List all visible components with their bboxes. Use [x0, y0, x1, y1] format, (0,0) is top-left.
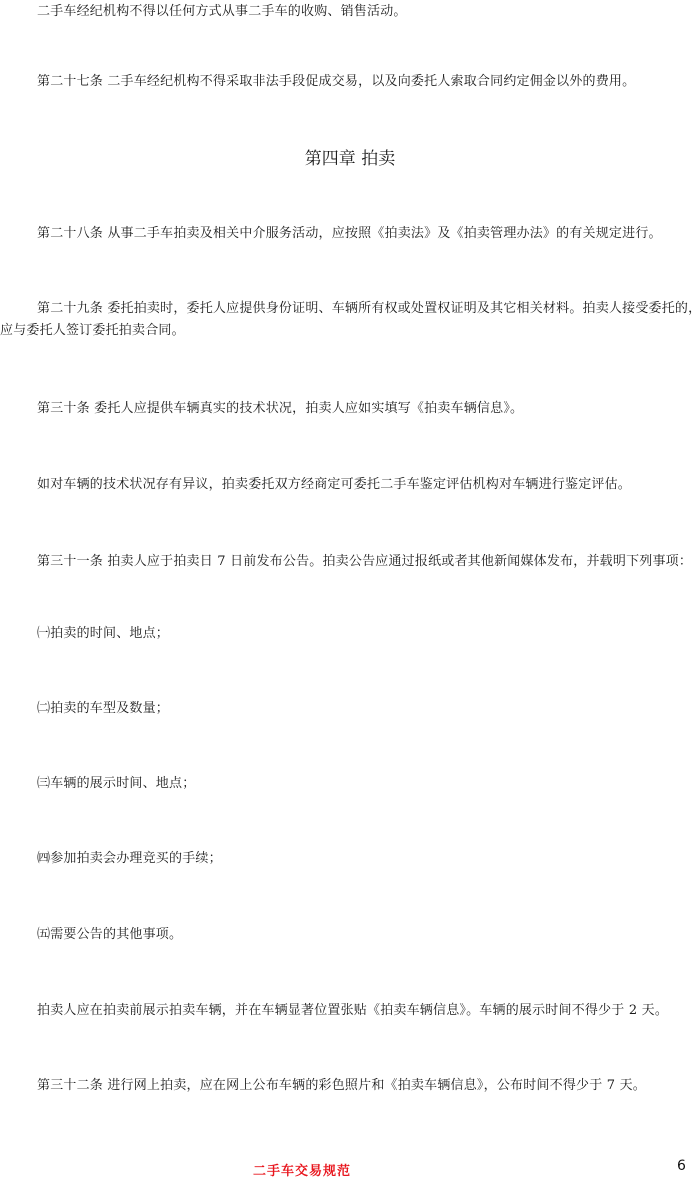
paragraph: 二手车经纪机构不得以任何方式从事二手车的收购、销售活动。 [37, 1, 692, 23]
article-32: 第三十二条 进行网上拍卖，应在网上公布车辆的彩色照片和《拍卖车辆信息》，公布时间… [37, 1075, 692, 1097]
list-item: ㈢车辆的展示时间、地点； [37, 773, 692, 795]
chapter-heading: 第四章 拍卖 [0, 147, 700, 171]
article-29-line-1: 第二十九条 委托拍卖时，委托人应提供身份证明、车辆所有权或处置权证明及其它相关材… [37, 298, 692, 320]
article-30-paragraph-2: 如对车辆的技术状况存有异议，拍卖委托双方经商定可委托二手车鉴定评估机构对车辆进行… [37, 474, 692, 496]
article-30: 第三十条 委托人应提供车辆真实的技术状况，拍卖人应如实填写《拍卖车辆信息》。 [37, 398, 692, 420]
list-item: ㈠拍卖的时间、地点； [37, 623, 692, 645]
article-29-line-2: 应与委托人签订委托拍卖合同。 [0, 320, 692, 342]
page-number: 6 [677, 1158, 686, 1174]
footer-title: 二手车交易规范 [253, 1160, 351, 1179]
list-item: ㈤需要公告的其他事项。 [37, 924, 692, 946]
article-31: 第三十一条 拍卖人应于拍卖日 7 日前发布公告。拍卖公告应通过报纸或者其他新闻媒… [37, 551, 692, 573]
article-28: 第二十八条 从事二手车拍卖及相关中介服务活动，应按照《拍卖法》及《拍卖管理办法》… [37, 223, 692, 245]
article-31-paragraph-2: 拍卖人应在拍卖前展示拍卖车辆，并在车辆显著位置张贴《拍卖车辆信息》。车辆的展示时… [37, 1000, 692, 1022]
list-item: ㈡拍卖的车型及数量； [37, 698, 692, 720]
list-item: ㈣参加拍卖会办理竞买的手续； [37, 848, 692, 870]
article-27: 第二十七条 二手车经纪机构不得采取非法手段促成交易，以及向委托人索取合同约定佣金… [37, 71, 692, 93]
